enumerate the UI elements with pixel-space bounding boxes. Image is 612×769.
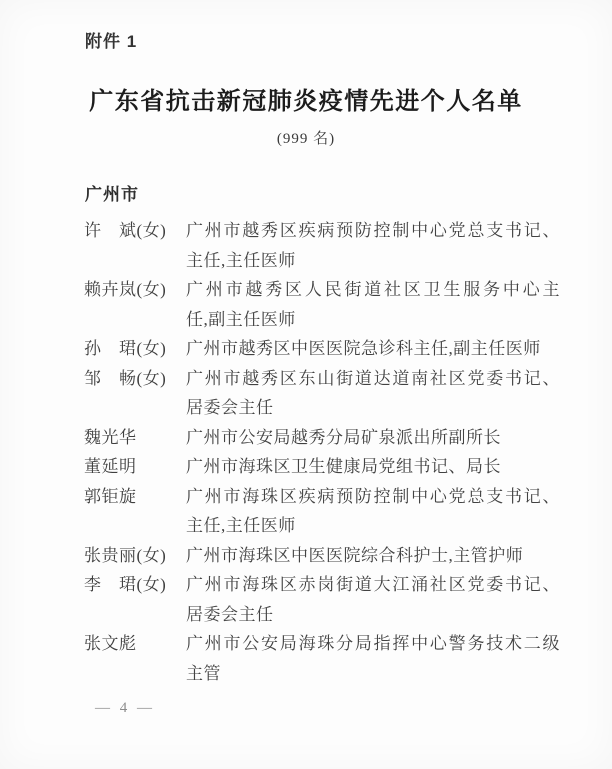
entry-name: 邹 畅(女) (84, 364, 186, 394)
list-item: 邹 畅(女) 广州市越秀区东山街道达道南社区党委书记、居委会主任 (84, 364, 612, 423)
description-line: 广州市越秀区中医医院急诊科主任,副主任医师 (186, 334, 560, 364)
entry-description: 广州市海珠区疾病预防控制中心党总支书记、主任,主任医师 (186, 482, 560, 541)
list-item: 魏光华 广州市公安局越秀分局矿泉派出所副所长 (84, 423, 612, 453)
description-line: 广州市公安局越秀分局矿泉派出所副所长 (186, 423, 560, 453)
description-line: 主任,主任医师 (186, 511, 560, 541)
entry-description: 广州市海珠区中医医院综合科护士,主管护师 (186, 541, 560, 571)
description-line: 广州市海珠区中医医院综合科护士,主管护师 (186, 541, 560, 571)
description-line: 广州市越秀区人民街道社区卫生服务中心主 (186, 275, 560, 305)
description-line: 主管 (186, 659, 560, 689)
entry-description: 广州市越秀区东山街道达道南社区党委书记、居委会主任 (186, 364, 560, 423)
entry-name: 董延明 (84, 452, 186, 482)
entry-description: 广州市公安局海珠分局指挥中心警务技术二级主管 (186, 629, 560, 688)
entry-description: 广州市公安局越秀分局矿泉派出所副所长 (186, 423, 560, 453)
description-line: 广州市海珠区卫生健康局党组书记、局长 (186, 452, 560, 482)
entry-name: 张贵丽(女) (84, 541, 186, 571)
entry-description: 广州市越秀区疾病预防控制中心党总支书记、主任,主任医师 (186, 216, 560, 275)
headcount-subtitle: (999 名) (0, 129, 612, 149)
list-item: 许 斌(女) 广州市越秀区疾病预防控制中心党总支书记、主任,主任医师 (84, 216, 612, 275)
entry-name: 郭钜旋 (84, 482, 186, 512)
list-item: 赖卉岚(女) 广州市越秀区人民街道社区卫生服务中心主任,副主任医师 (84, 275, 612, 334)
page-number: — 4 — (95, 700, 612, 717)
city-section-header: 广州市 (85, 183, 612, 206)
document-title: 广东省抗击新冠肺炎疫情先进个人名单 (0, 87, 612, 117)
entry-name: 张文彪 (84, 629, 186, 659)
list-item: 张文彪 广州市公安局海珠分局指挥中心警务技术二级主管 (84, 629, 612, 688)
entry-name: 孙 珺(女) (84, 334, 186, 364)
list-item: 孙 珺(女) 广州市越秀区中医医院急诊科主任,副主任医师 (84, 334, 612, 364)
entry-name: 许 斌(女) (84, 216, 186, 246)
list-item: 张贵丽(女) 广州市海珠区中医医院综合科护士,主管护师 (84, 541, 612, 571)
description-line: 主任,主任医师 (186, 246, 560, 276)
description-line: 居委会主任 (186, 600, 560, 630)
document-page: 附件 1 广东省抗击新冠肺炎疫情先进个人名单 (999 名) 广州市 许 斌(女… (0, 0, 612, 769)
description-line: 广州市公安局海珠分局指挥中心警务技术二级 (186, 629, 560, 659)
description-line: 广州市海珠区疾病预防控制中心党总支书记、 (186, 482, 560, 512)
description-line: 广州市越秀区东山街道达道南社区党委书记、 (186, 364, 560, 394)
description-line: 广州市海珠区赤岗街道大江涌社区党委书记、 (186, 570, 560, 600)
entry-name: 李 珺(女) (84, 570, 186, 600)
entry-description: 广州市海珠区赤岗街道大江涌社区党委书记、居委会主任 (186, 570, 560, 629)
entry-name: 赖卉岚(女) (84, 275, 186, 305)
description-line: 任,副主任医师 (186, 305, 560, 335)
award-list: 许 斌(女) 广州市越秀区疾病预防控制中心党总支书记、主任,主任医师 赖卉岚(女… (84, 216, 612, 688)
list-item: 董延明 广州市海珠区卫生健康局党组书记、局长 (84, 452, 612, 482)
list-item: 郭钜旋 广州市海珠区疾病预防控制中心党总支书记、主任,主任医师 (84, 482, 612, 541)
description-line: 居委会主任 (186, 393, 560, 423)
entry-description: 广州市海珠区卫生健康局党组书记、局长 (186, 452, 560, 482)
description-line: 广州市越秀区疾病预防控制中心党总支书记、 (186, 216, 560, 246)
entry-name: 魏光华 (84, 423, 186, 453)
attachment-label: 附件 1 (85, 31, 612, 53)
list-item: 李 珺(女) 广州市海珠区赤岗街道大江涌社区党委书记、居委会主任 (84, 570, 612, 629)
entry-description: 广州市越秀区人民街道社区卫生服务中心主任,副主任医师 (186, 275, 560, 334)
entry-description: 广州市越秀区中医医院急诊科主任,副主任医师 (186, 334, 560, 364)
